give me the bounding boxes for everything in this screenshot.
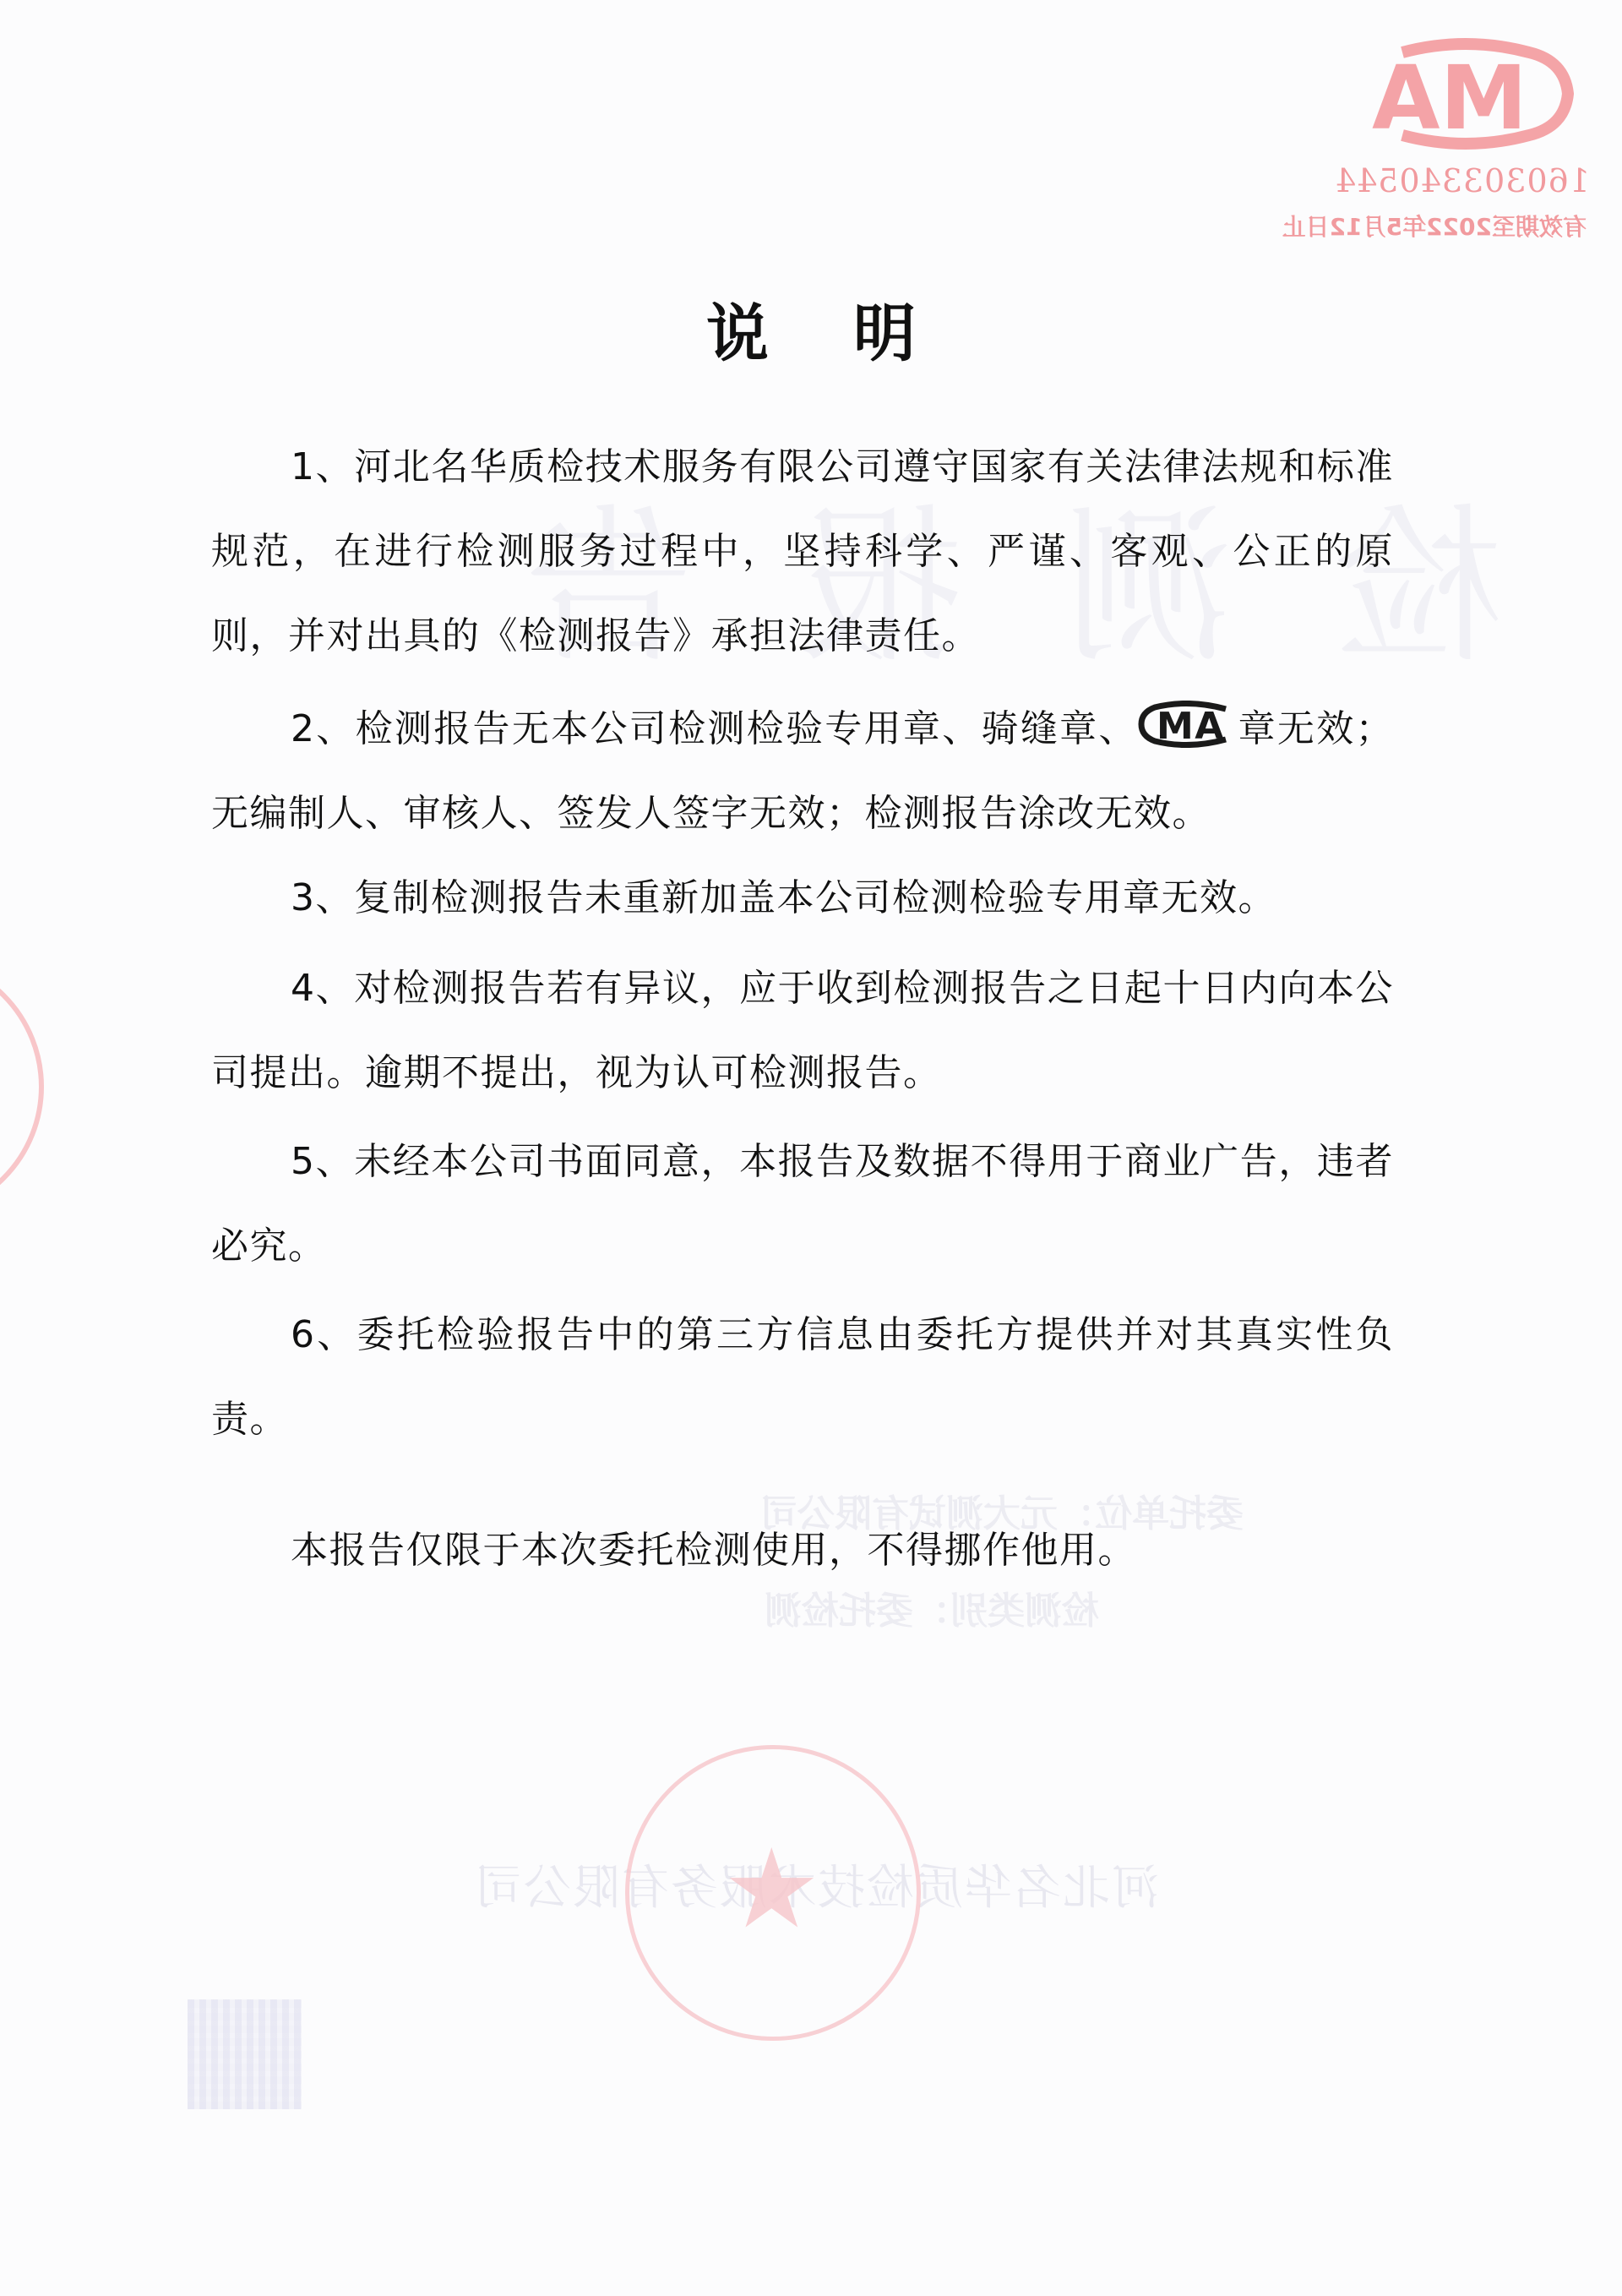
company-seal: ★ <box>625 1745 921 2041</box>
clause-3: 3、复制检测报告未重新加盖本公司检测检验专用章无效。 <box>211 856 1394 941</box>
clause-text: 未经本公司书面同意，本报告及数据不得用于商业广告，违者必究。 <box>211 1140 1394 1268</box>
clause-number: 4、 <box>291 967 354 1010</box>
page-title-char-2: 明 <box>853 297 916 370</box>
clause-number: 3、 <box>291 876 354 919</box>
seal-star-icon: ★ <box>722 1834 821 1944</box>
clause-1: 1、河北名华质检技术服务有限公司遵守国家有关法律法规和标准规范，在进行检测服务过… <box>211 425 1394 679</box>
cma-logo-icon: MA <box>1138 701 1238 748</box>
svg-text:MA: MA <box>1157 705 1225 748</box>
cma-certificate-number: 160303340544 <box>1362 162 1590 199</box>
svg-text:MA: MA <box>1372 46 1527 150</box>
clause-5: 5、未经本公司书面同意，本报告及数据不得用于商业广告，违者必究。 <box>211 1120 1394 1289</box>
clause-text: 河北名华质检技术服务有限公司遵守国家有关法律法规和标准规范，在进行检测服务过程中… <box>211 445 1394 657</box>
left-edge-seal <box>0 955 44 1219</box>
clause-2: 2、检测报告无本公司检测检验专用章、骑缝章、MA章无效；无编制人、审核人、签发人… <box>211 687 1394 856</box>
document-body: 1、河北名华质检技术服务有限公司遵守国家有关法律法规和标准规范，在进行检测服务过… <box>211 425 1394 1630</box>
qr-code-icon <box>188 1999 302 2109</box>
cma-stamp-logo-icon: MA <box>1352 35 1580 152</box>
cma-validity-text: 有效期至2022年5月12日止 <box>1358 209 1587 243</box>
page-title: 说明 <box>0 296 1622 372</box>
page-title-char-1: 说 <box>706 297 769 370</box>
cma-stamp: MA 160303340544 有效期至2022年5月12日止 <box>1352 35 1588 247</box>
clause-number: 6、 <box>291 1313 357 1356</box>
clause-number: 5、 <box>291 1140 354 1183</box>
clause-text: 对检测报告若有异议，应于收到检测报告之日起十日内向本公司提出。逾期不提出，视为认… <box>211 967 1394 1094</box>
clause-number: 1、 <box>291 445 354 488</box>
clause-6: 6、委托检验报告中的第三方信息由委托方提供并对其真实性负责。 <box>211 1293 1394 1462</box>
closing-statement: 本报告仅限于本次委托检测使用，不得挪作他用。 <box>211 1508 1394 1593</box>
clause-4: 4、对检测报告若有异议，应于收到检测报告之日起十日内向本公司提出。逾期不提出，视… <box>211 946 1394 1115</box>
clause-text: 委托检验报告中的第三方信息由委托方提供并对其真实性负责。 <box>211 1313 1394 1441</box>
clause-number: 2、 <box>291 707 356 750</box>
clause-text-before-logo: 检测报告无本公司检测检验专用章、骑缝章、 <box>356 707 1138 750</box>
clause-text: 复制检测报告未重新加盖本公司检测检验专用章无效。 <box>354 876 1276 919</box>
